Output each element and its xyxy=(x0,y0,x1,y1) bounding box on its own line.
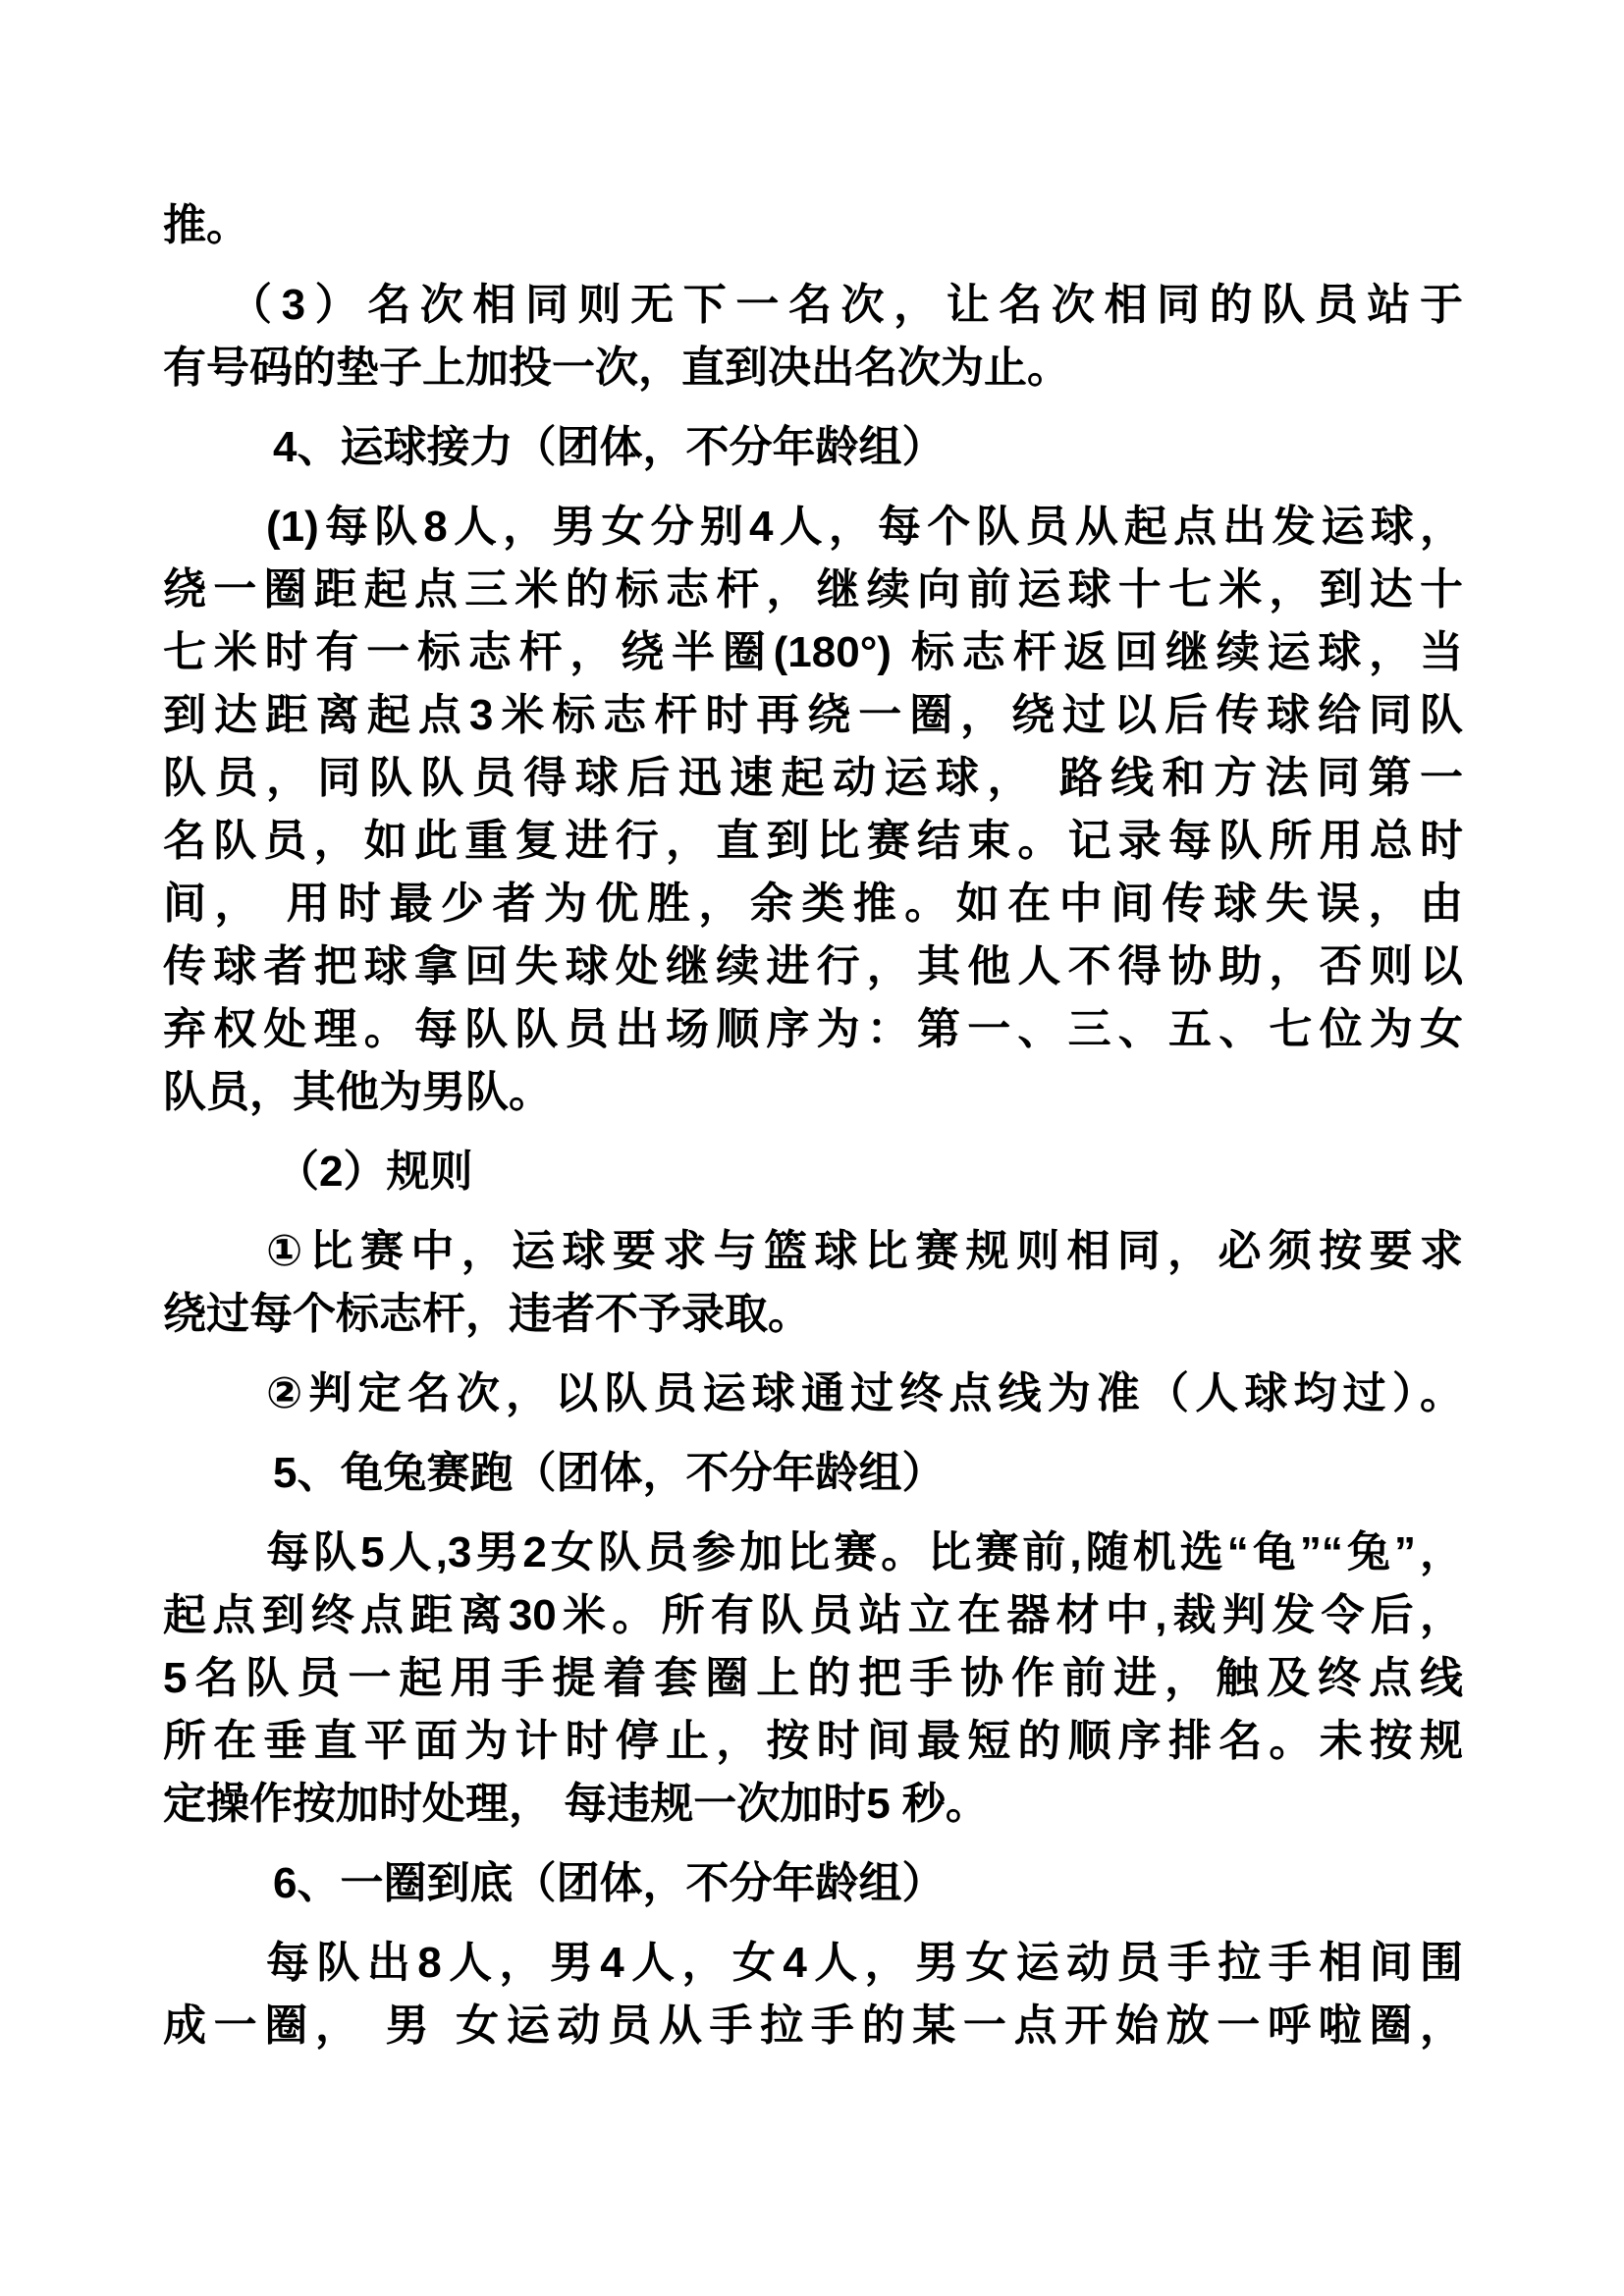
text-line: 有号码的垫子上加投一次，直到决出名次为止。 xyxy=(163,337,1463,400)
numbered-item: ②判定名次，以队员运球通过终点线为准（人球均过）。 xyxy=(163,1362,1463,1425)
text-line: 4、运球接力（团体，不分年龄组） xyxy=(163,416,1463,479)
text-line: 所在垂直平面为计时停止，按时间最短的顺序排名。未按规 xyxy=(163,1710,1463,1773)
text-line: 每队出8人，男4人，女4人，男女运动员手拉手相间围 xyxy=(163,1932,1463,1995)
text-line: 弃权处理。每队队员出场顺序为：第一、三、五、七位为女 xyxy=(163,998,1463,1061)
paragraph-continuation: 推。 xyxy=(163,194,1463,257)
text-line: 定操作按加时处理， 每违规一次加时5 秒。 xyxy=(163,1773,1463,1836)
text-line: （2）规则 xyxy=(163,1141,1463,1203)
text-line: 传球者把球拿回失球处继续进行，其他人不得协助，否则以 xyxy=(163,935,1463,998)
numbered-item: （2）规则 xyxy=(163,1141,1463,1203)
numbered-item: （3）名次相同则无下一名次，让名次相同的队员站于有号码的垫子上加投一次，直到决出… xyxy=(163,274,1463,400)
text-line: (1)每队8人，男女分别4人，每个队员从起点出发运球， xyxy=(163,496,1463,559)
text-line: 绕过每个标志杆，违者不予录取。 xyxy=(163,1283,1463,1346)
text-line: ②判定名次，以队员运球通过终点线为准（人球均过）。 xyxy=(163,1362,1463,1425)
text-line: 七米时有一标志杆，绕半圈(180°) 标志杆返回继续运球，当 xyxy=(163,621,1463,684)
text-line: 队员，同队队员得球后迅速起动运球， 路线和方法同第一 xyxy=(163,747,1463,810)
text-line: ①比赛中，运球要求与篮球比赛规则相同，必须按要求 xyxy=(163,1220,1463,1283)
text-line: 5、龟兔赛跑（团体，不分年龄组） xyxy=(163,1442,1463,1505)
text-line: 绕一圈距起点三米的标志杆，继续向前运球十七米，到达十 xyxy=(163,559,1463,621)
text-line: 名队员，如此重复进行，直到比赛结束。记录每队所用总时 xyxy=(163,810,1463,873)
heading: 6、一圈到底（团体，不分年龄组） xyxy=(163,1852,1463,1915)
text-line: 推。 xyxy=(163,194,1463,257)
body-paragraph: 每队5人,3男2女队员参加比赛。比赛前,随机选“龟”“兔”，起点到终点距离30米… xyxy=(163,1522,1463,1836)
text-line: 每队5人,3男2女队员参加比赛。比赛前,随机选“龟”“兔”， xyxy=(163,1522,1463,1584)
text-line: 6、一圈到底（团体，不分年龄组） xyxy=(163,1852,1463,1915)
body-paragraph: 每队出8人，男4人，女4人，男女运动员手拉手相间围成一圈， 男 女运动员从手拉手… xyxy=(163,1932,1463,2057)
document-page: 推。（3）名次相同则无下一名次，让名次相同的队员站于有号码的垫子上加投一次，直到… xyxy=(0,0,1624,2296)
numbered-item: ①比赛中，运球要求与篮球比赛规则相同，必须按要求绕过每个标志杆，违者不予录取。 xyxy=(163,1220,1463,1346)
text-line: 成一圈， 男 女运动员从手拉手的某一点开始放一呼啦圈， xyxy=(163,1995,1463,2057)
heading: 5、龟兔赛跑（团体，不分年龄组） xyxy=(163,1442,1463,1505)
text-line: 间， 用时最少者为优胜，余类推。如在中间传球失误，由 xyxy=(163,873,1463,935)
numbered-item: (1)每队8人，男女分别4人，每个队员从起点出发运球，绕一圈距起点三米的标志杆，… xyxy=(163,496,1463,1124)
document-body: 推。（3）名次相同则无下一名次，让名次相同的队员站于有号码的垫子上加投一次，直到… xyxy=(163,194,1463,2057)
text-line: （3）名次相同则无下一名次，让名次相同的队员站于 xyxy=(163,274,1463,337)
text-line: 到达距离起点3米标志杆时再绕一圈，绕过以后传球给同队 xyxy=(163,684,1463,747)
text-line: 5名队员一起用手提着套圈上的把手协作前进，触及终点线 xyxy=(163,1647,1463,1710)
heading: 4、运球接力（团体，不分年龄组） xyxy=(163,416,1463,479)
text-line: 起点到终点距离30米。所有队员站立在器材中,裁判发令后， xyxy=(163,1584,1463,1647)
text-line: 队员，其他为男队。 xyxy=(163,1061,1463,1124)
